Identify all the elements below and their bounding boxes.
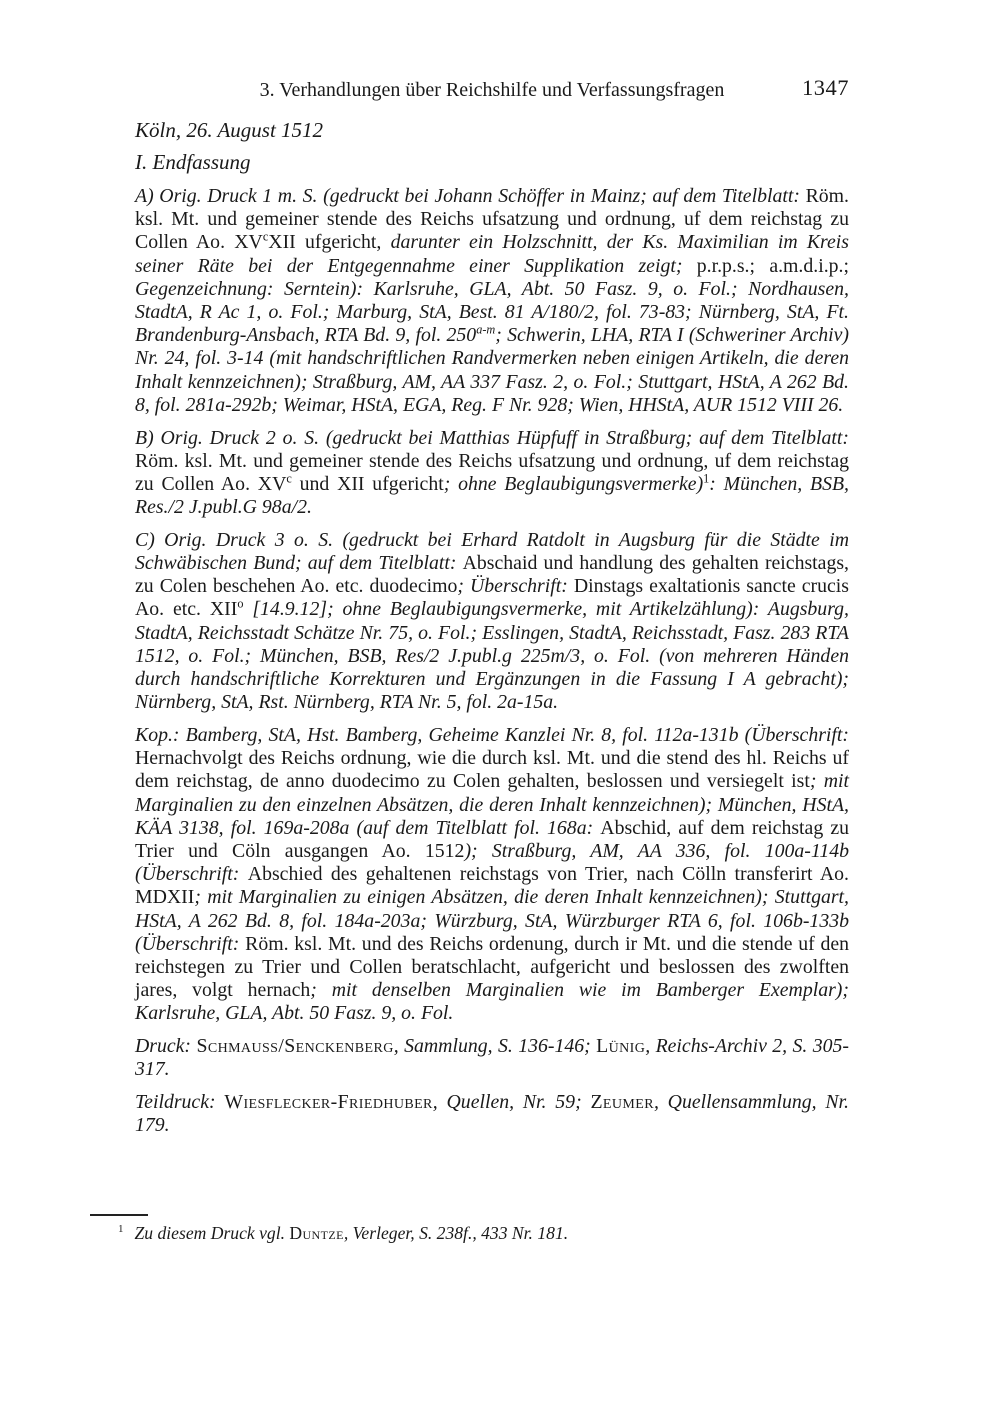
text-segment: Wiesflecker-Friedhuber: [224, 1091, 432, 1113]
text-segment: Hernachvolgt des Reichs ordnung, wie die…: [135, 747, 849, 792]
text-segment: Teildruck:: [135, 1091, 224, 1113]
text-segment: [14.9.12]; ohne Beglaubigungsvermerke, m…: [135, 598, 849, 713]
paragraph-entry-c: C) Orig. Druck 3 o. S. (gedruckt bei Erh…: [135, 529, 849, 715]
text-segment: Duntze: [289, 1223, 343, 1243]
text-segment: ; ohne Beglaubigungsvermerke): [444, 473, 703, 495]
text-column: 3. Verhandlungen über Reichshilfe und Ve…: [135, 78, 849, 1147]
page-number: 1347: [802, 76, 849, 100]
text-segment: Schmauss/Senckenberg: [196, 1035, 393, 1057]
footnote-text: Zu diesem Druck vgl. Duntze, Verleger, S…: [135, 1223, 569, 1243]
text-segment: , Quellen, Nr. 59;: [433, 1091, 591, 1113]
footnote-block: 1Zu diesem Druck vgl. Duntze, Verleger, …: [90, 1214, 848, 1244]
text-segment: a-m: [476, 323, 495, 337]
text-segment: B) Orig. Druck 2 o. S. (gedruckt bei Mat…: [135, 427, 849, 449]
paragraph-copies: Kop.: Bamberg, StA, Hst. Bamberg, Geheim…: [135, 724, 849, 1026]
place-date-heading: Köln, 26. August 1512: [135, 118, 849, 142]
page-header: 3. Verhandlungen über Reichshilfe und Ve…: [135, 78, 849, 102]
text-segment: Druck:: [135, 1035, 196, 1057]
version-heading: I. Endfassung: [135, 150, 849, 174]
paragraph-entry-a: A) Orig. Druck 1 m. S. (gedruckt bei Joh…: [135, 185, 849, 417]
footnote: 1Zu diesem Druck vgl. Duntze, Verleger, …: [90, 1223, 848, 1244]
book-page: 3. Verhandlungen über Reichshilfe und Ve…: [0, 0, 1004, 1418]
text-segment: , Verleger, S. 238f., 433 Nr. 181.: [344, 1223, 568, 1243]
text-segment: Kop.: Bamberg, StA, Hst. Bamberg, Geheim…: [135, 724, 849, 746]
text-segment: A) Orig. Druck 1 m. S. (gedruckt bei Joh…: [135, 185, 806, 207]
text-segment: Zeumer: [590, 1091, 653, 1113]
source-description-paragraphs: A) Orig. Druck 1 m. S. (gedruckt bei Joh…: [135, 185, 849, 1137]
text-segment: p.r.p.s.; a.m.d.i.p.;: [697, 255, 849, 277]
text-segment: ; Überschrift:: [457, 575, 573, 597]
paragraph-partial-print: Teildruck: Wiesflecker-Friedhuber, Quell…: [135, 1091, 849, 1137]
footnote-separator-rule: [90, 1214, 148, 1216]
paragraph-print: Druck: Schmauss/Senckenberg, Sammlung, S…: [135, 1035, 849, 1081]
text-segment: und XII ufgericht: [292, 473, 444, 495]
text-segment: Lünig: [596, 1035, 645, 1057]
paragraph-entry-b: B) Orig. Druck 2 o. S. (gedruckt bei Mat…: [135, 427, 849, 520]
text-segment: XII ufgericht,: [268, 231, 390, 253]
running-head: 3. Verhandlungen über Reichshilfe und Ve…: [260, 79, 725, 101]
text-segment: Zu diesem Druck vgl.: [135, 1223, 290, 1243]
footnote-marker: 1: [118, 1223, 124, 1235]
text-segment: , Sammlung, S. 136-146;: [394, 1035, 596, 1057]
